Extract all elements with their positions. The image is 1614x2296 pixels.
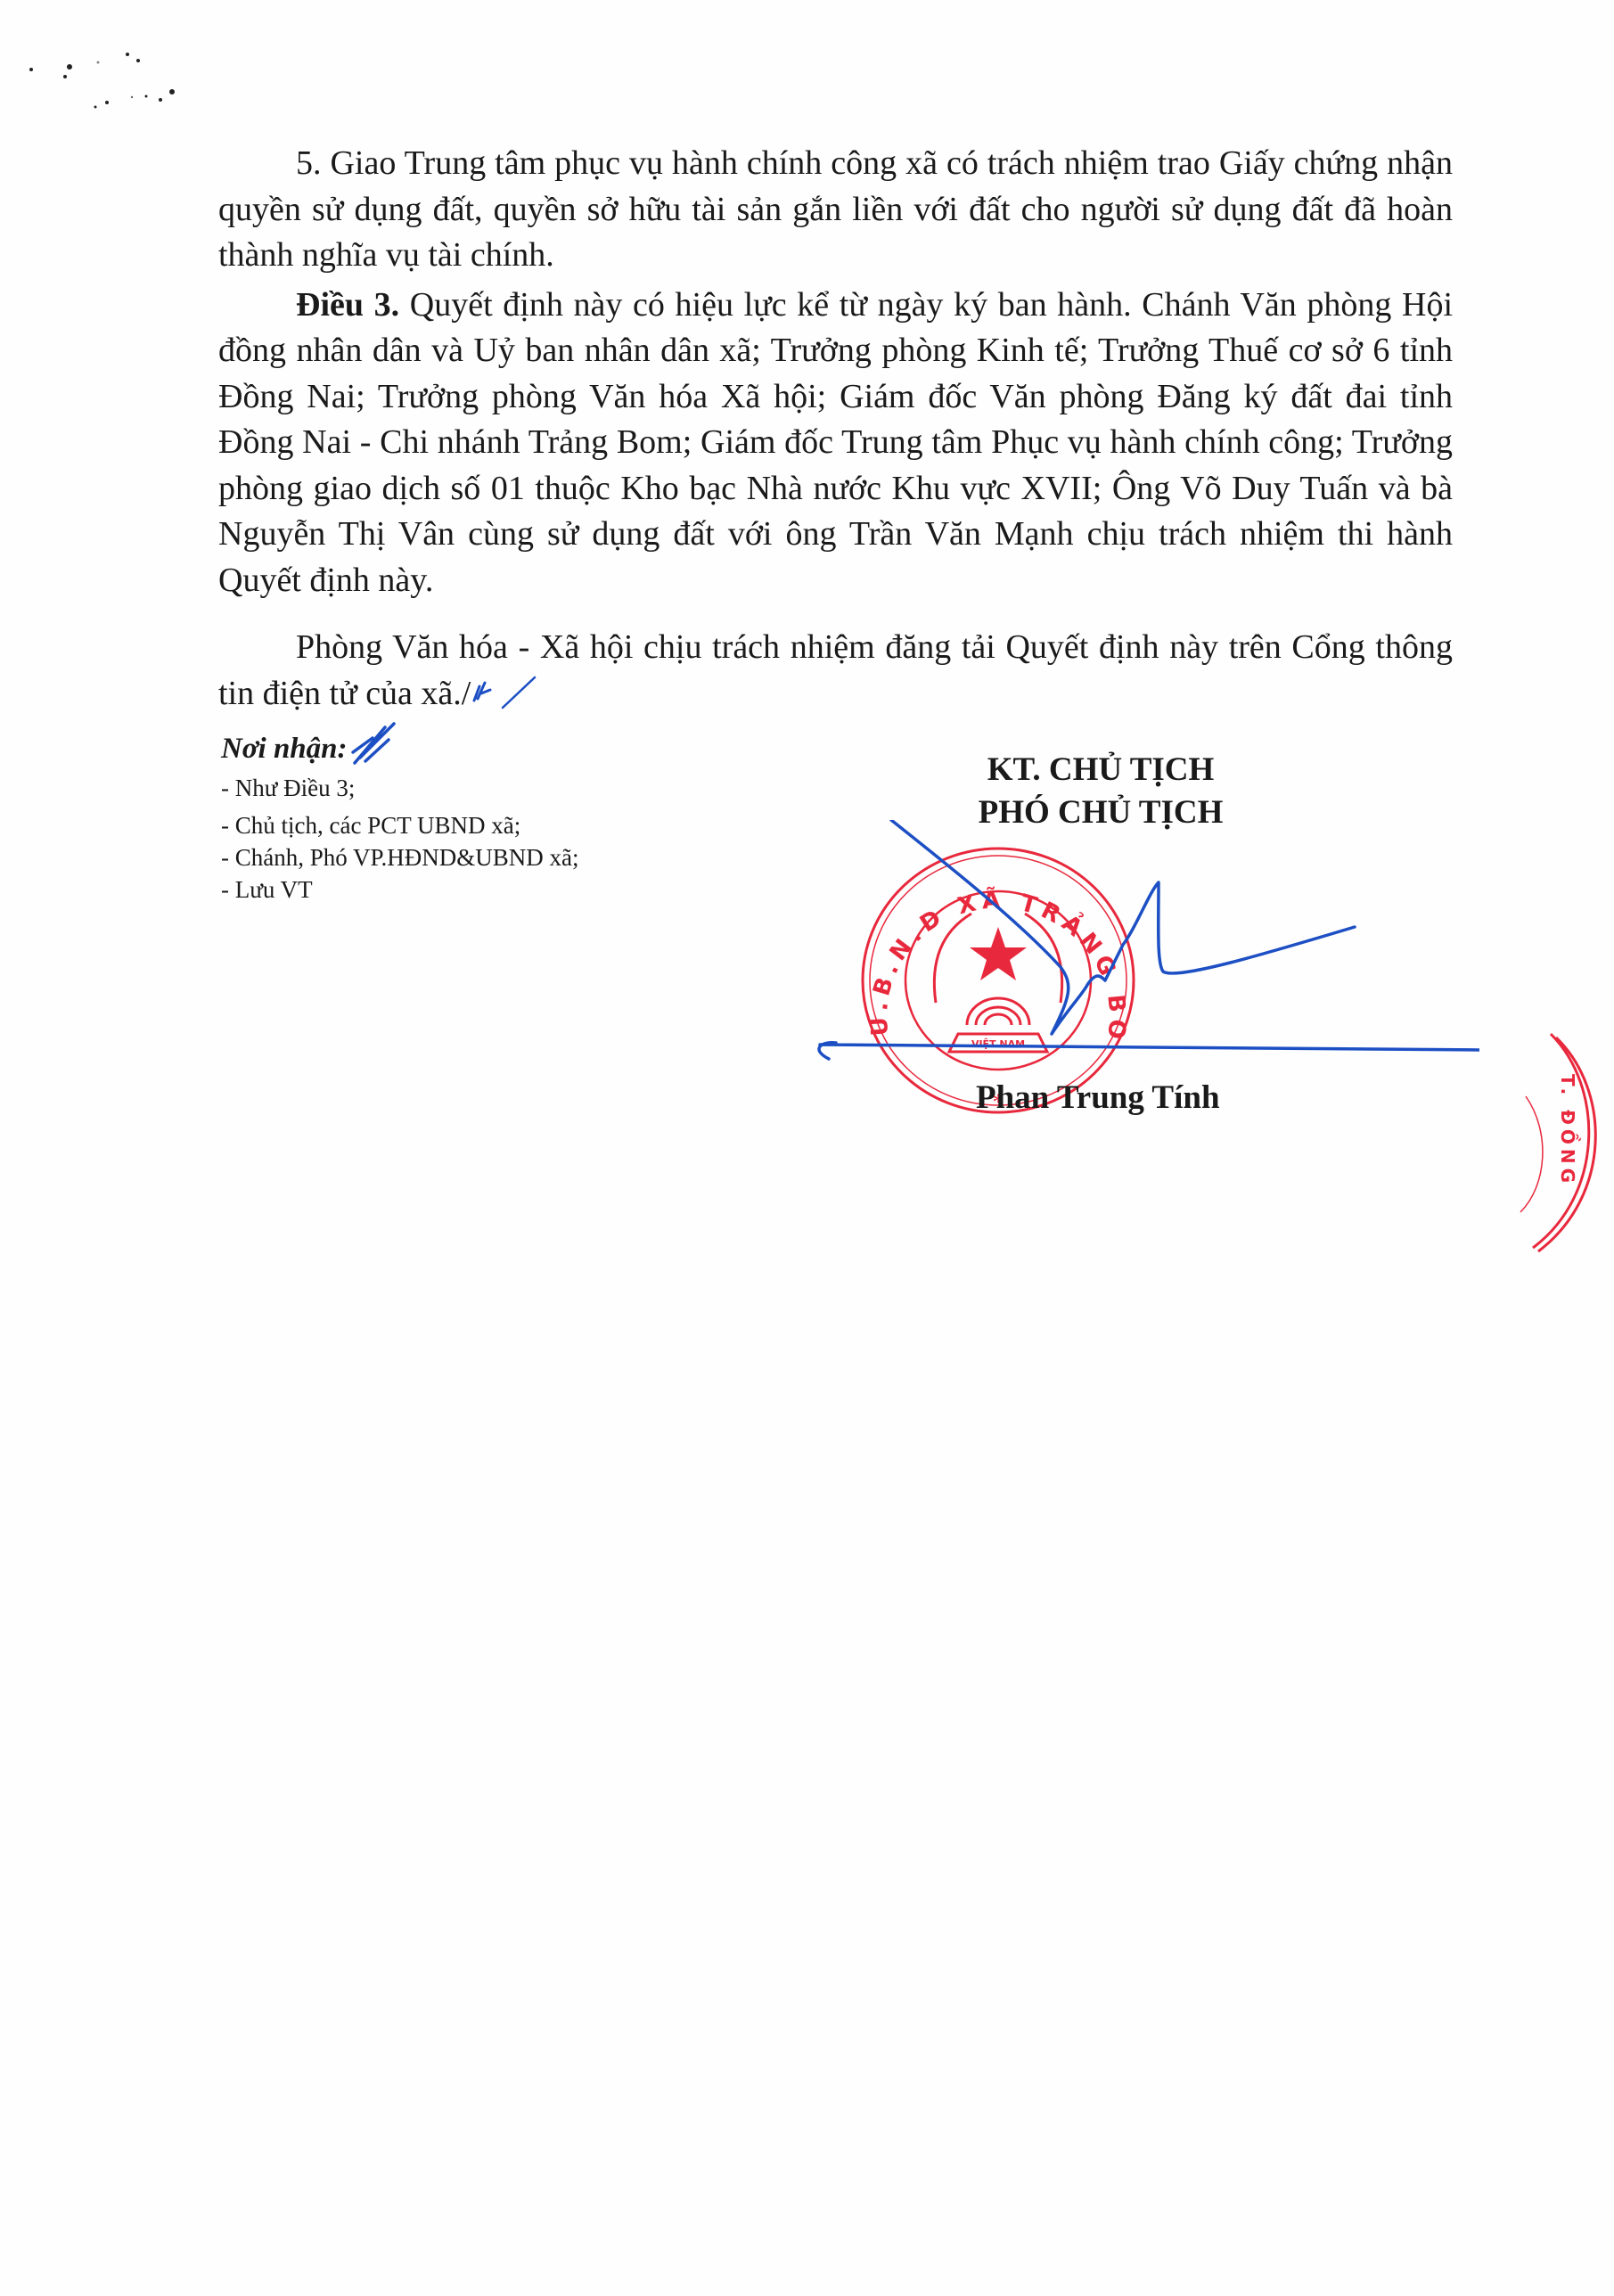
- recipients-list: - Như Điều 3; - Chủ tịch, các PCT UBND x…: [221, 772, 756, 906]
- paragraph-publish: Phòng Văn hóa - Xã hội chịu trách nhiệm …: [218, 625, 1453, 717]
- handwritten-initials-icon: [471, 674, 542, 709]
- article-3-label: Điều 3.: [296, 286, 399, 324]
- paragraph-item-5: 5. Giao Trung tâm phục vụ hành chính côn…: [218, 141, 1453, 279]
- recipient-item: - Lưu VT: [221, 873, 756, 906]
- body-text: 5. Giao Trung tâm phục vụ hành chính côn…: [218, 141, 1453, 717]
- handwritten-initials-icon: [349, 722, 403, 767]
- recipient-item: - Như Điều 3;: [221, 772, 756, 804]
- handwritten-signature-icon: [802, 820, 1479, 1105]
- recipients-title: Nơi nhận:: [221, 722, 756, 768]
- recipients-title-text: Nơi nhận:: [221, 733, 348, 765]
- signature-title-line1: KT. CHỦ TỊCH: [891, 749, 1310, 791]
- recipients-block: Nơi nhận: - Như Điều 3; - Chủ tịch, các …: [221, 722, 756, 906]
- recipient-item: - Chánh, Phó VP.HĐND&UBND xã;: [221, 841, 756, 873]
- paragraph-article-3: Điều 3. Quyết định này có hiệu lực kể từ…: [218, 283, 1453, 604]
- signer-name: Phan Trung Tính: [976, 1078, 1220, 1117]
- scan-artifact-dots: [0, 0, 232, 125]
- document-page: 5. Giao Trung tâm phục vụ hành chính côn…: [0, 0, 1614, 2296]
- recipient-item: - Chủ tịch, các PCT UBND xã;: [221, 809, 756, 841]
- svg-text:T. ĐỒNG: T. ĐỒNG: [1557, 1074, 1580, 1187]
- article-3-text: Quyết định này có hiệu lực kể từ ngày ký…: [218, 286, 1453, 599]
- publish-text: Phòng Văn hóa - Xã hội chịu trách nhiệm …: [218, 628, 1453, 712]
- edge-stamp-fragment-icon: T. ĐỒNG: [1506, 1025, 1614, 1257]
